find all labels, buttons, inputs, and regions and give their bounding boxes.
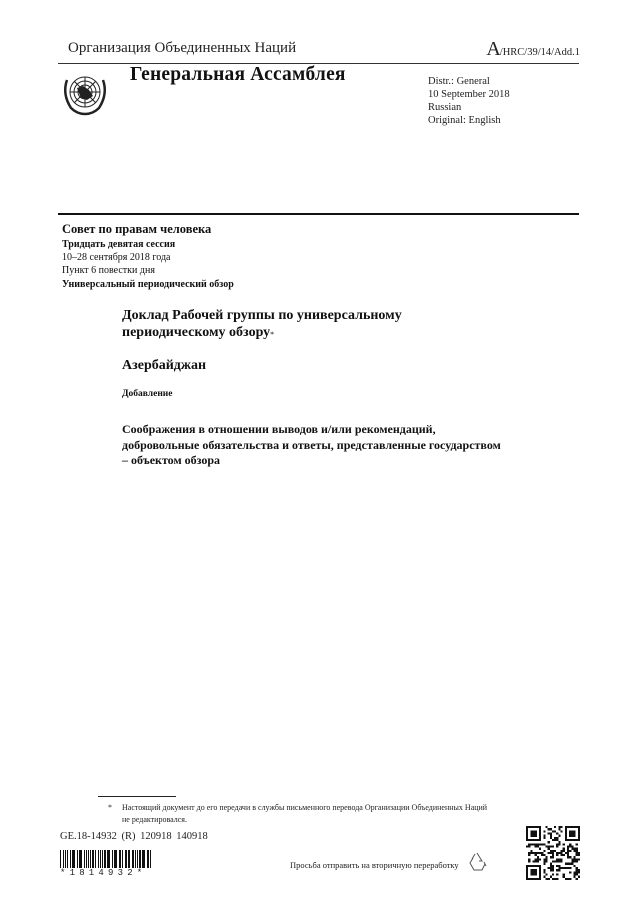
document-symbol: A/HRC/39/14/Add.1 [486, 38, 580, 61]
distribution-language: Russian [428, 101, 510, 114]
recycle-text: Просьба отправить на вторичную переработ… [290, 860, 459, 870]
distribution-original: Original: English [428, 114, 510, 127]
footnote-rule [98, 796, 176, 797]
agenda-item: Пункт 6 повестки дня [62, 264, 234, 277]
job-number: GE.18-14932 (R) 120918 140918 [60, 831, 208, 842]
agenda-title: Универсальный периодический обзор [62, 278, 234, 291]
views-title: Соображения в отношении выводов и/или ре… [122, 422, 502, 469]
council-name: Совет по правам человека [62, 222, 211, 237]
addendum-label: Добавление [122, 389, 173, 399]
session-meta: Тридцать девятая сессия 10–28 сентября 2… [62, 238, 234, 291]
distribution-status: Distr.: General [428, 75, 510, 88]
country-title: Азербайджан [122, 358, 206, 374]
footnote-star: * [108, 802, 112, 814]
footnote-marker[interactable]: * [270, 330, 274, 339]
session-dates: 10–28 сентября 2018 года [62, 251, 234, 264]
recycle-icon [465, 850, 489, 874]
distribution-date: 10 September 2018 [428, 88, 510, 101]
symbol-rest: /HRC/39/14/Add.1 [500, 47, 580, 58]
body-title: Генеральная Ассамблея [130, 64, 346, 86]
section-rule [58, 213, 579, 215]
barcode-icon [60, 850, 153, 868]
un-emblem-icon [59, 68, 111, 120]
report-title: Доклад Рабочей группы по универсальному … [122, 307, 502, 341]
symbol-prefix: A [486, 38, 499, 60]
organization-name: Организация Объединенных Наций [68, 40, 296, 57]
report-title-text: Доклад Рабочей группы по универсальному … [122, 308, 402, 340]
qr-code-icon [526, 826, 580, 880]
distribution-block: Distr.: General 10 September 2018 Russia… [428, 75, 510, 127]
barcode-text: *1814932* [60, 868, 146, 878]
footnote-text: Настоящий документ до его передачи в слу… [122, 802, 492, 826]
session-name: Тридцать девятая сессия [62, 238, 234, 251]
